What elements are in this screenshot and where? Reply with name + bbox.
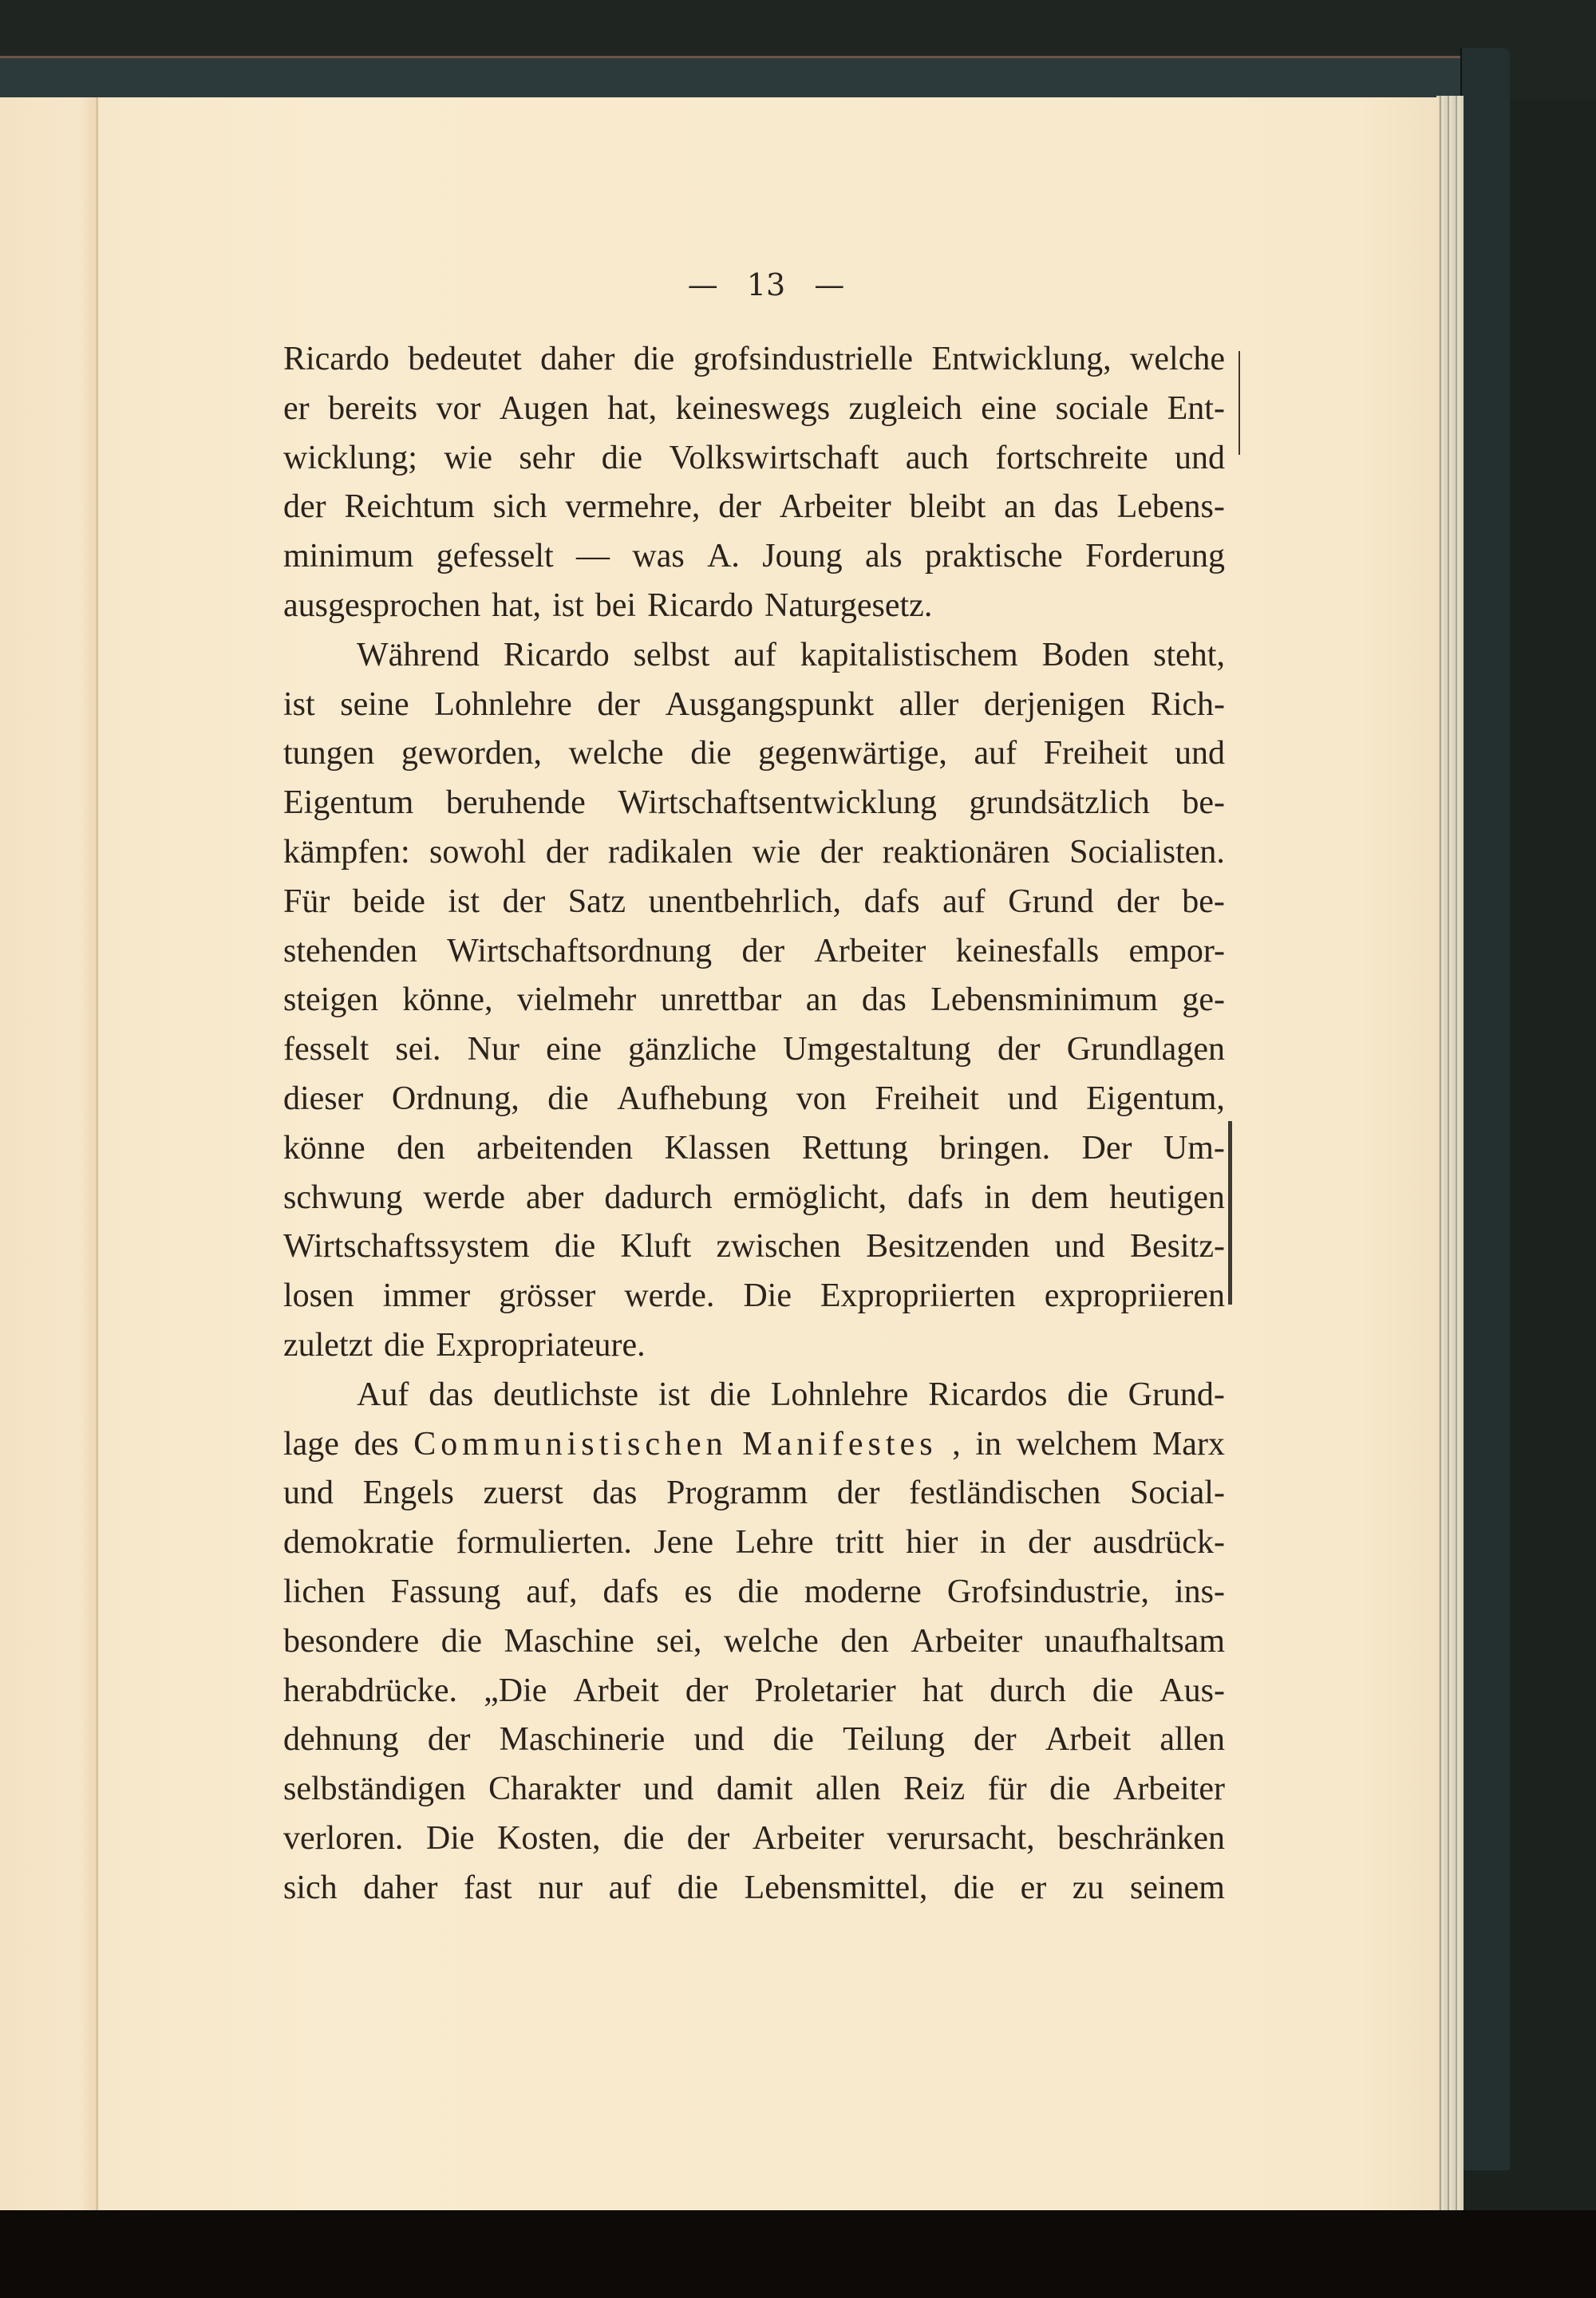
text-line: WährendRicardoselbstaufkapitalistischemB… <box>283 631 1225 681</box>
margin-mark-top <box>1238 351 1240 455</box>
text-line: Ricardobedeutetdaherdiegrofsindustrielle… <box>283 335 1225 385</box>
text-line: dehnungderMaschinerieunddieTeilungderArb… <box>283 1716 1225 1765</box>
text-line: EigentumberuhendeWirtschaftsentwicklungg… <box>283 779 1225 828</box>
text-line: erbereitsvorAugenhat,keineswegszugleiche… <box>283 385 1225 434</box>
page-number-value: 13 <box>747 267 785 302</box>
text-line: könnedenarbeitendenKlassenRettungbringen… <box>283 1124 1225 1174</box>
text-line: demokratieformulierten.JeneLehretritthie… <box>283 1518 1225 1568</box>
text-line: losenimmergrösserwerde.DieExpropriierten… <box>283 1272 1225 1321</box>
text-line: schwungwerdeaberdadurchermöglicht,dafsin… <box>283 1174 1225 1223</box>
text-line: derReichtumsichvermehre,derArbeiterbleib… <box>283 483 1225 532</box>
text-line: zuletztdieExpropriateure. <box>283 1321 1225 1371</box>
text-line: istseineLohnlehrederAusgangspunktallerde… <box>283 681 1225 730</box>
text-line: herabdrücke.„DieArbeitderProletarierhatd… <box>283 1667 1225 1716</box>
text-line: wicklung;wiesehrdieVolkswirtschaftauchfo… <box>283 434 1225 484</box>
page-edges <box>1436 96 1464 2218</box>
text-line: sichdaherfastnuraufdieLebensmittel,dieer… <box>283 1864 1225 1913</box>
text-line: steigenkönne,vielmehrunrettbarandasLeben… <box>283 976 1225 1025</box>
body-text: Ricardobedeutetdaherdiegrofsindustrielle… <box>283 335 1225 1913</box>
text-line: lagedesCommunistischenManifestes,inwelch… <box>283 1420 1225 1470</box>
page-number-dash-left: — <box>688 267 718 302</box>
book-spine-edge <box>0 56 1500 100</box>
text-line: lichenFassungauf,dafsesdiemoderneGrofsin… <box>283 1568 1225 1617</box>
page-number: — 13 — <box>0 267 1564 302</box>
page-number-dash-right: — <box>814 267 844 302</box>
text-line: stehendenWirtschaftsordnungderArbeiterke… <box>283 927 1225 977</box>
text-line: verloren.DieKosten,diederArbeiterverursa… <box>283 1814 1225 1864</box>
text-line: undEngelszuerstdasProgrammderfestländisc… <box>283 1469 1225 1518</box>
text-line: FürbeideistderSatzunentbehrlich,dafsaufG… <box>283 878 1225 927</box>
text-line: besonderedieMaschinesei,welchedenArbeite… <box>283 1617 1225 1667</box>
text-line: ausgesprochenhat,istbeiRicardoNaturgeset… <box>283 582 1225 631</box>
text-line: selbständigenCharakterunddamitallenReizf… <box>283 1765 1225 1814</box>
bottom-shadow <box>0 2210 1596 2298</box>
margin-mark-middle <box>1228 1121 1232 1305</box>
text-line: WirtschaftssystemdieKluftzwischenBesitze… <box>283 1222 1225 1272</box>
text-line: AufdasdeutlichsteistdieLohnlehreRicardos… <box>283 1371 1225 1420</box>
text-line: kämpfen:sowohlderradikalenwiederreaktion… <box>283 828 1225 878</box>
book-cover-right <box>1460 48 1510 2170</box>
text-line: dieserOrdnung,dieAufhebungvonFreiheitund… <box>283 1075 1225 1124</box>
text-line: fesseltsei.NureinegänzlicheUmgestaltungd… <box>283 1025 1225 1075</box>
text-line: minimumgefesselt—wasA.Joungalspraktische… <box>283 532 1225 582</box>
gutter-fold <box>96 97 98 2210</box>
text-line: tungengeworden,welchediegegenwärtige,auf… <box>283 729 1225 779</box>
